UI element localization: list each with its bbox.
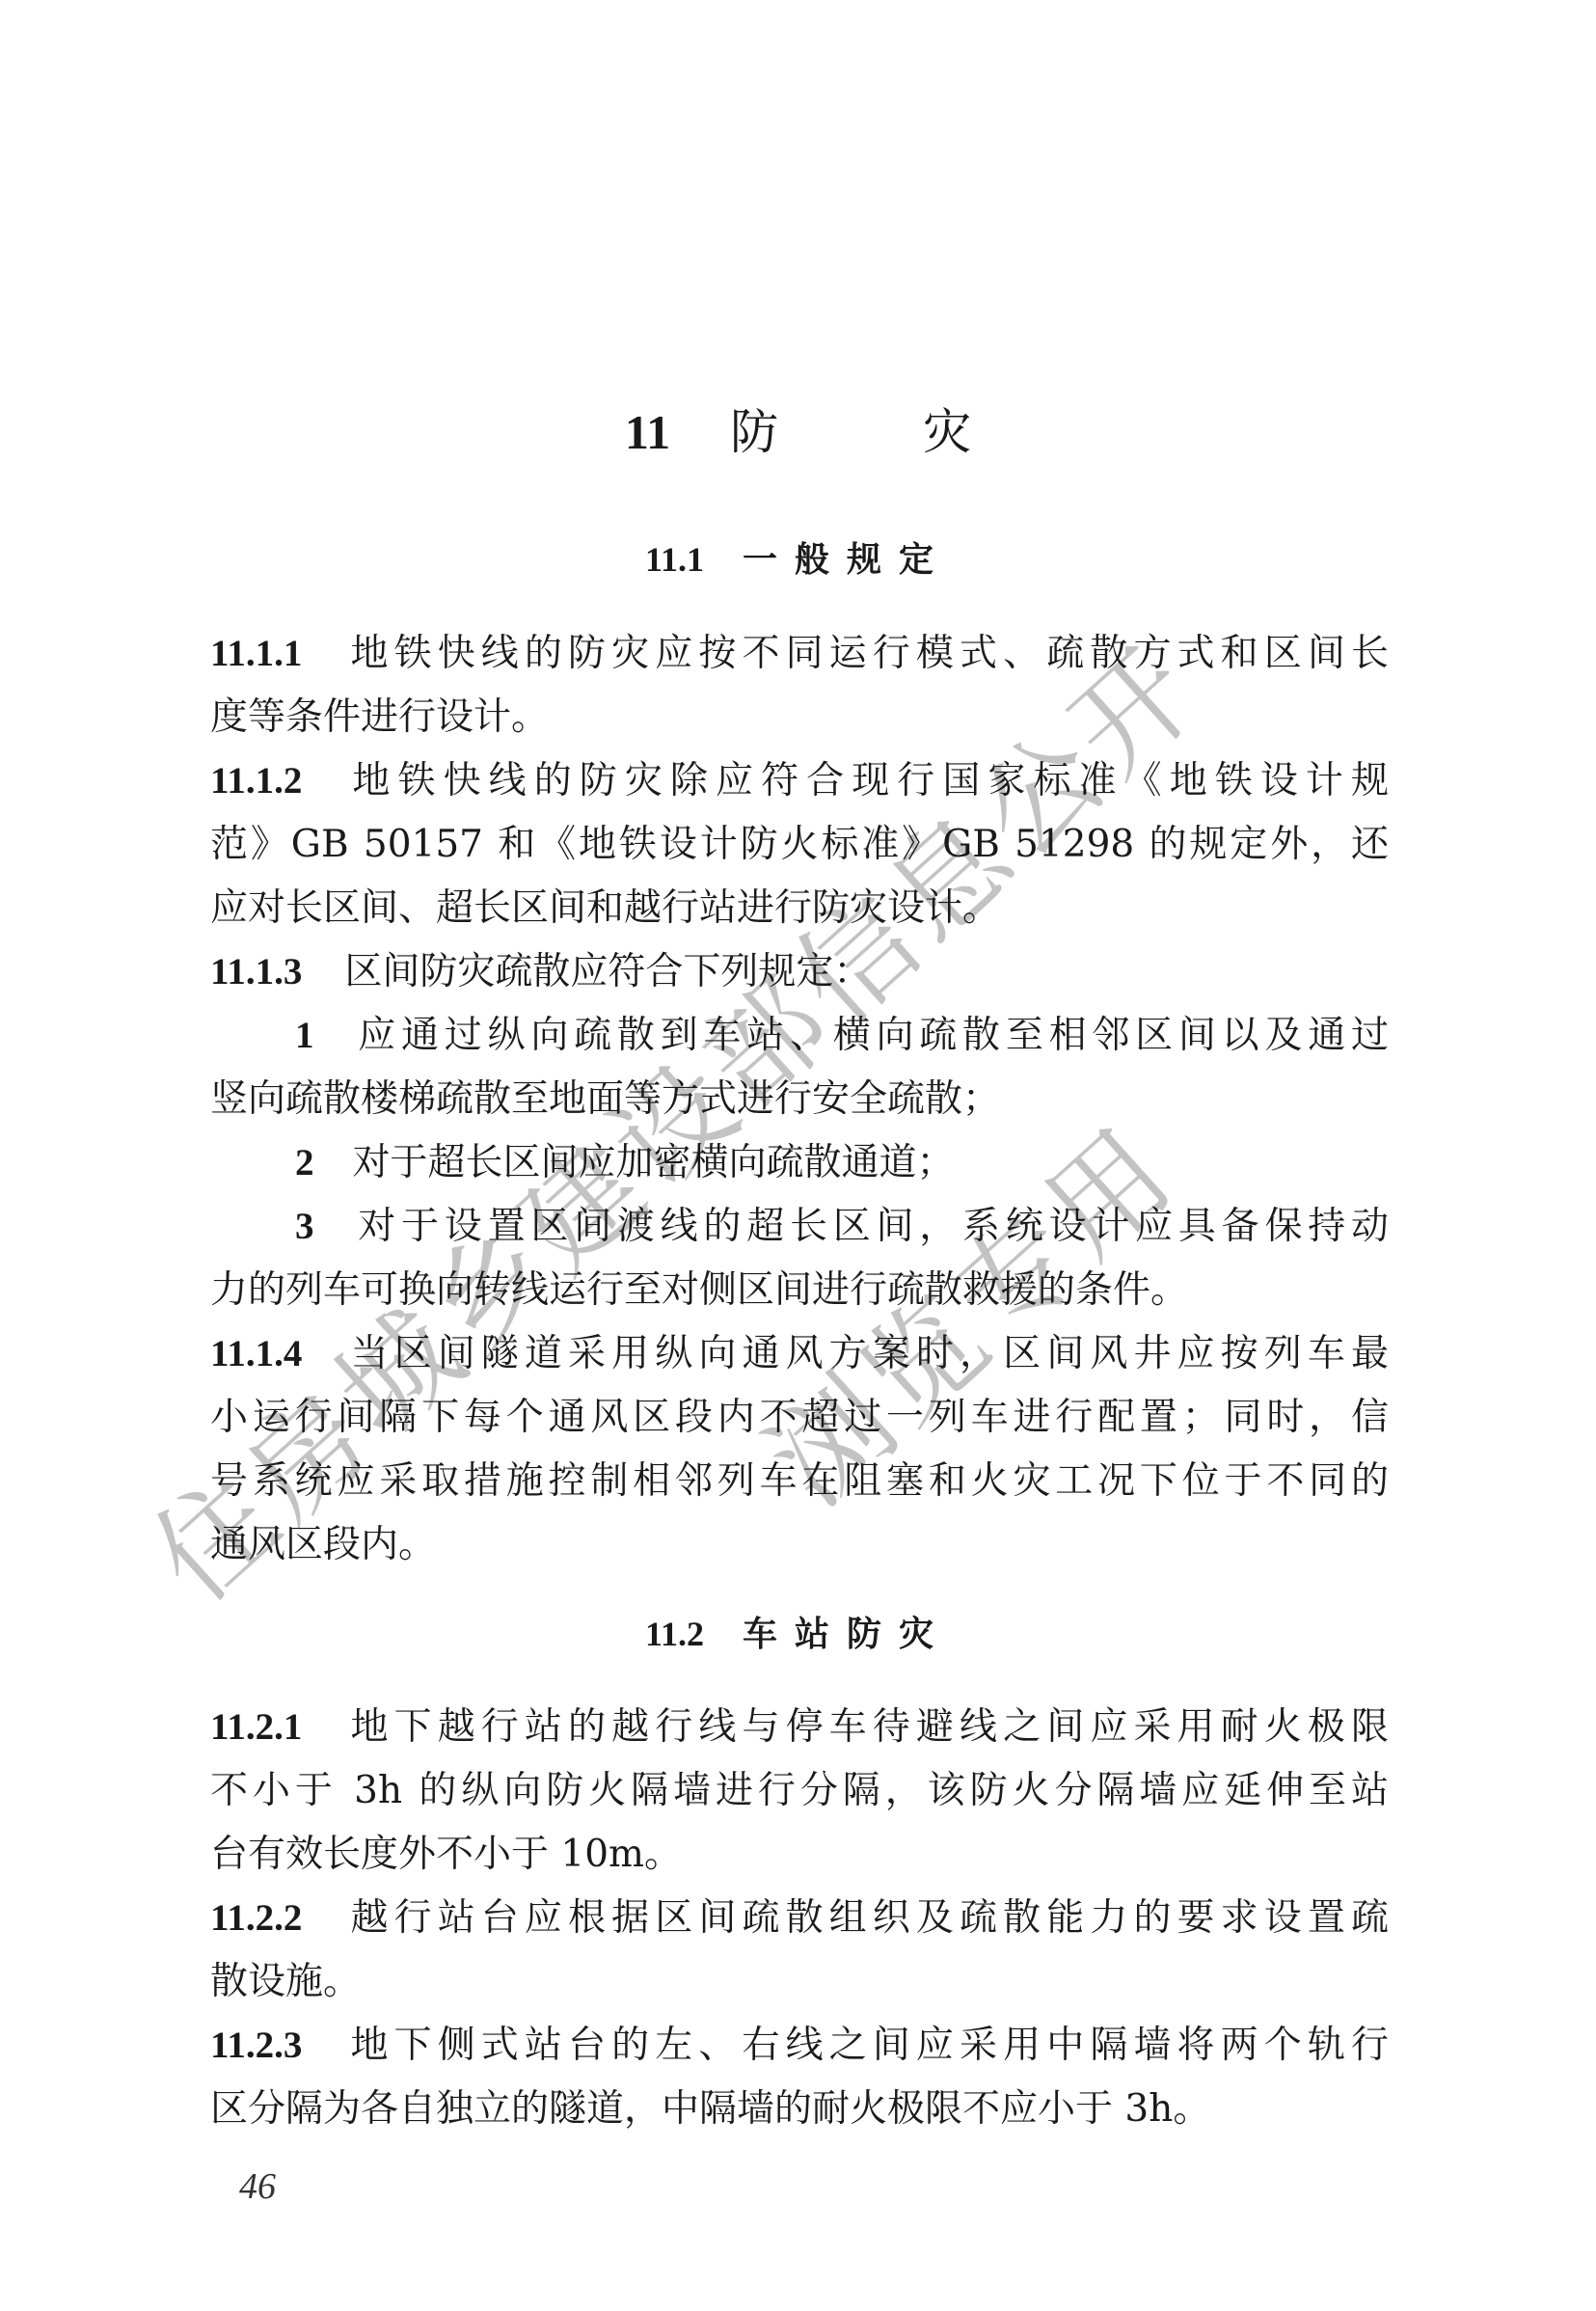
list-item-text: 应通过纵向疏散到车站、横向疏散至相邻区间以及通过	[353, 1014, 1390, 1057]
clause-line: 不小于 3h 的纵向防火隔墙进行分隔，该防火分隔墙应延伸至站	[210, 1759, 1389, 1823]
clause-number: 11.1.2	[210, 760, 302, 802]
clause-line: 11.1.1地铁快线的防灾应按不同运行模式、疏散方式和区间长	[210, 622, 1389, 686]
clause-text: 当区间隧道采用纵向通风方案时，区间风井应按列车最	[344, 1332, 1389, 1375]
clause-line: 通风区段内。	[210, 1513, 1389, 1577]
clause-line: 11.1.3区间防灾疏散应符合下列规定：	[210, 940, 1389, 1004]
list-item-number: 3	[295, 1206, 314, 1247]
chapter-title-char-1: 防	[730, 404, 778, 460]
clause-text: 越行站台应根据区间疏散组织及疏散能力的要求设置疏	[344, 1896, 1389, 1940]
section-title: 一般规定	[743, 540, 951, 580]
chapter-title: 11防灾	[0, 403, 1596, 461]
list-item-text: 对于超长区间应加密横向疏散通道；	[353, 1141, 955, 1184]
clause-number: 11.1.4	[210, 1333, 302, 1374]
list-item-line: 力的列车可换向转线运行至对侧区间进行疏散救援的条件。	[210, 1259, 1389, 1322]
clause-line: 散设施。	[210, 1950, 1389, 2014]
clause-line: 号系统应采取措施控制相邻列车在阻塞和火灾工况下位于不同的	[210, 1450, 1389, 1513]
clause-number: 11.2.1	[210, 1706, 302, 1748]
section-number: 11.2	[645, 1615, 704, 1653]
document-page: 住房城乡建设部信息公开 浏览专用 11防灾 11.1一般规定 11.1.1地铁快…	[0, 0, 1596, 2311]
clause-text: 地铁快线的防灾除应符合现行国家标准《地铁设计规	[344, 759, 1389, 802]
clause-line: 11.1.2地铁快线的防灾除应符合现行国家标准《地铁设计规	[210, 749, 1389, 813]
clause-line: 应对长区间、超长区间和越行站进行防灾设计。	[210, 877, 1389, 940]
list-item-text: 对于设置区间渡线的超长区间，系统设计应具备保持动	[353, 1205, 1390, 1248]
clause-line: 11.2.3地下侧式站台的左、右线之间应采用中隔墙将两个轨行	[210, 2014, 1389, 2078]
clause-text: 地铁快线的防灾应按不同运行模式、疏散方式和区间长	[344, 632, 1389, 675]
clause-line: 11.2.1地下越行站的越行线与停车待避线之间应采用耐火极限	[210, 1696, 1389, 1759]
section-number: 11.1	[645, 540, 704, 579]
clause-line: 区分隔为各自独立的隧道，中隔墙的耐火极限不应小于 3h。	[210, 2078, 1389, 2141]
clause-line: 范》GB 50157 和《地铁设计防火标准》GB 51298 的规定外，还	[210, 813, 1389, 877]
clause-number: 11.1.3	[210, 951, 302, 992]
clause-line: 11.1.4当区间隧道采用纵向通风方案时，区间风井应按列车最	[210, 1322, 1389, 1386]
list-item-line: 竖向疏散楼梯疏散至地面等方式进行安全疏散；	[210, 1068, 1389, 1131]
clause-line: 台有效长度外不小于 10m。	[210, 1823, 1389, 1887]
clause-text: 区间防灾疏散应符合下列规定：	[344, 950, 871, 993]
section-body-11-1: 11.1.1地铁快线的防灾应按不同运行模式、疏散方式和区间长 度等条件进行设计。…	[210, 622, 1389, 1577]
list-item-number: 2	[295, 1142, 314, 1183]
clause-number: 11.2.3	[210, 2025, 302, 2066]
chapter-title-char-2: 灾	[923, 404, 971, 460]
list-item-line: 3对于设置区间渡线的超长区间，系统设计应具备保持动	[210, 1195, 1389, 1259]
section-heading-11-1: 11.1一般规定	[0, 538, 1596, 582]
list-item-number: 1	[295, 1015, 314, 1056]
list-item-line: 1应通过纵向疏散到车站、横向疏散至相邻区间以及通过	[210, 1004, 1389, 1068]
section-title: 车站防灾	[743, 1615, 951, 1654]
page-number: 46	[239, 2165, 276, 2208]
clause-text: 地下侧式站台的左、右线之间应采用中隔墙将两个轨行	[344, 2024, 1389, 2067]
clause-text: 地下越行站的越行线与停车待避线之间应采用耐火极限	[344, 1705, 1389, 1749]
section-heading-11-2: 11.2车站防灾	[0, 1613, 1596, 1656]
clause-line: 11.2.2越行站台应根据区间疏散组织及疏散能力的要求设置疏	[210, 1887, 1389, 1950]
section-body-11-2: 11.2.1地下越行站的越行线与停车待避线之间应采用耐火极限 不小于 3h 的纵…	[210, 1696, 1389, 2141]
clause-line: 小运行间隔下每个通风区段内不超过一列车进行配置；同时，信	[210, 1386, 1389, 1450]
chapter-number: 11	[625, 405, 670, 459]
clause-line: 度等条件进行设计。	[210, 686, 1389, 749]
list-item-line: 2对于超长区间应加密横向疏散通道；	[210, 1131, 1389, 1195]
clause-number: 11.1.1	[210, 633, 302, 674]
clause-number: 11.2.2	[210, 1897, 302, 1939]
